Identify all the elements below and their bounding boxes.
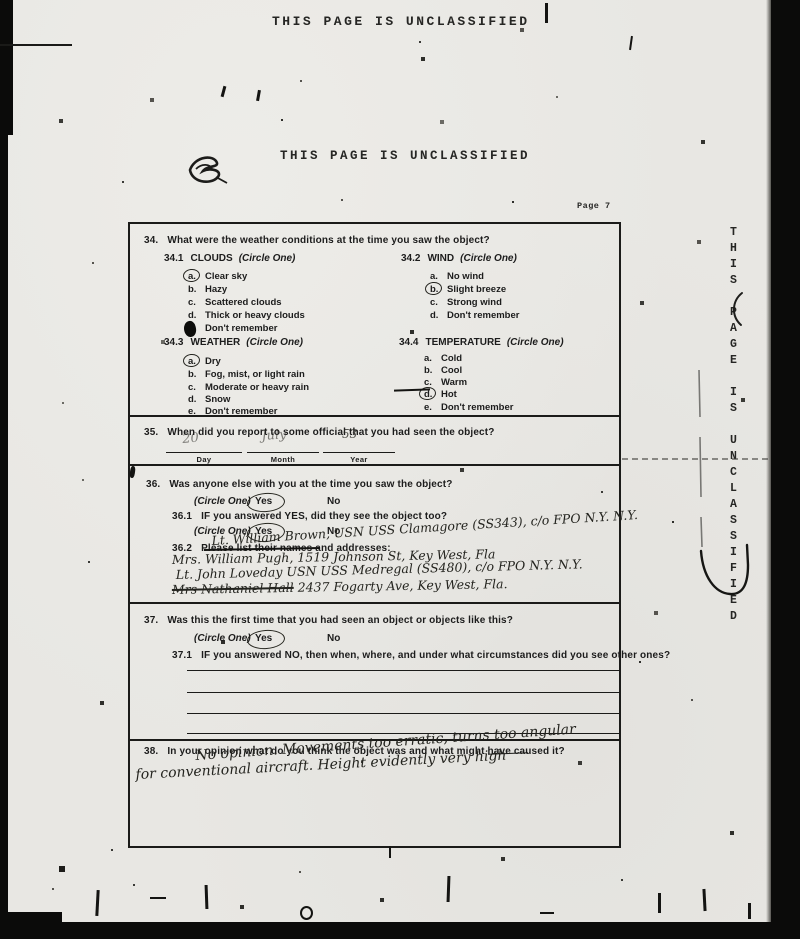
- option-weather-dont-remember: e.Don't remember: [188, 406, 277, 417]
- question-37-1: 37.1IF you answered NO, then when, where…: [172, 650, 670, 661]
- option-wind-dont-remember: d.Don't remember: [430, 310, 519, 321]
- answer-no-q36: No: [327, 496, 340, 507]
- month-label: Month: [247, 455, 319, 464]
- circled-answer-mark: b.: [430, 284, 447, 295]
- option-wind-slight-breeze: b.Slight breeze: [430, 284, 506, 295]
- circled-answer-mark: Yes: [255, 633, 272, 644]
- scan-tick: [389, 846, 391, 858]
- answer-blank-line: [187, 692, 620, 693]
- page-number: Page 7: [577, 201, 611, 211]
- question-37: 37.Was this the first time that you had …: [144, 615, 513, 626]
- circle-one-note: (Circle One): [246, 337, 303, 348]
- section-divider: [129, 464, 620, 466]
- question-37-1-number: 37.1: [172, 650, 192, 661]
- year-label: Year: [323, 455, 395, 464]
- question-36: 36.Was anyone else with you at the time …: [146, 479, 452, 490]
- answer-no-q37: No: [327, 633, 340, 644]
- month-blank-line: [247, 452, 319, 453]
- circle-one-note: (Circle One): [460, 253, 517, 264]
- scratch-artifact: [0, 44, 72, 46]
- section-divider: [129, 602, 620, 604]
- option-weather-snow: d.Snow: [188, 394, 230, 405]
- question-34-4-number: 34.4: [399, 337, 418, 348]
- classification-banner-top: THIS PAGE IS UNCLASSIFIED: [272, 14, 530, 29]
- option-temp-hot: d.Hot: [424, 389, 457, 400]
- question-34-1-heading: 34.1CLOUDS(Circle One): [164, 253, 295, 264]
- answer-yes-q36: Yes: [255, 496, 272, 507]
- classification-banner-mid: THIS PAGE IS UNCLASSIFIED: [280, 149, 530, 163]
- question-34-2-title: WIND: [427, 253, 454, 264]
- option-clouds-dont-remember: e.Don't remember: [188, 323, 277, 334]
- circled-answer-mark: a.: [188, 356, 205, 367]
- scan-tick: [540, 912, 554, 914]
- question-38-number: 38.: [144, 746, 158, 757]
- question-36-number: 36.: [146, 479, 160, 490]
- answer-blank-line: [187, 670, 620, 671]
- scan-tick: [629, 36, 633, 50]
- option-clouds-hazy: b.Hazy: [188, 284, 227, 295]
- question-34-number: 34.: [144, 235, 158, 246]
- answer-blank-line: [187, 713, 620, 714]
- handwritten-day: 20: [182, 431, 200, 447]
- option-weather-fog: b.Fog, mist, or light rain: [188, 369, 305, 380]
- circle-one-note: (Circle One): [194, 496, 251, 507]
- option-weather-rain: c.Moderate or heavy rain: [188, 382, 309, 393]
- scan-tick: [748, 903, 751, 919]
- question-34-1-number: 34.1: [164, 253, 183, 264]
- scanned-document-page: THIS PAGE IS UNCLASSIFIED THIS PAGE IS U…: [0, 0, 800, 939]
- scan-ring-mark: [300, 906, 313, 920]
- scan-edge-right: [771, 0, 800, 939]
- day-blank-line: [166, 452, 242, 453]
- handwritten-month: July: [261, 427, 287, 444]
- margin-bracket-artifact: [685, 285, 775, 615]
- circled-answer-mark: Yes: [255, 496, 272, 507]
- circle-one-note: (Circle One): [239, 253, 296, 264]
- scan-tick: [95, 890, 99, 916]
- option-temp-cold: a.Cold: [424, 353, 462, 364]
- question-34-3-heading: 34.3WEATHER(Circle One): [164, 337, 303, 348]
- option-temp-dont-remember: e.Don't remember: [424, 402, 513, 413]
- question-35-number: 35.: [144, 427, 158, 438]
- question-34-2-heading: 34.2WIND(Circle One): [401, 253, 517, 264]
- question-37-number: 37.: [144, 615, 158, 626]
- scan-tick: [150, 897, 166, 899]
- question-34-4-heading: 34.4TEMPERATURE(Circle One): [399, 337, 564, 348]
- question-34-text: What were the weather conditions at the …: [167, 235, 489, 246]
- scan-edge-bottom: [0, 922, 800, 939]
- option-clouds-thick: d.Thick or heavy clouds: [188, 310, 305, 321]
- answer-yes-q37: Yes: [255, 633, 272, 644]
- scan-tick: [256, 90, 261, 101]
- question-34-2-number: 34.2: [401, 253, 420, 264]
- option-temp-cool: b.Cool: [424, 365, 462, 376]
- question-35-text: When did you report to some official tha…: [167, 427, 494, 438]
- question-36-text: Was anyone else with you at the time you…: [169, 479, 452, 490]
- question-37-1-text: IF you answered NO, then when, where, an…: [201, 650, 670, 661]
- handwritten-year: 53: [342, 427, 357, 441]
- option-clouds-scattered: c.Scattered clouds: [188, 297, 282, 308]
- scan-tick: [545, 3, 548, 23]
- year-blank-line: [323, 452, 395, 453]
- question-37-text: Was this the first time that you had see…: [167, 615, 513, 626]
- question-34-3-title: WEATHER: [190, 337, 240, 348]
- question-34: 34.What were the weather conditions at t…: [144, 235, 490, 246]
- option-wind-none: a.No wind: [430, 271, 484, 282]
- option-wind-strong: c.Strong wind: [430, 297, 502, 308]
- scan-tick: [205, 885, 209, 909]
- scan-edge-left: [0, 0, 8, 939]
- question-36-1-number: 36.1: [172, 511, 192, 522]
- struck-through-name: Mrs Nathaniel Hall: [172, 580, 294, 597]
- dashed-artifact-line: [622, 458, 768, 460]
- question-34-4-title: TEMPERATURE: [425, 337, 500, 348]
- option-clouds-clear-sky: a.Clear sky: [188, 271, 247, 282]
- circled-answer-mark: d.: [424, 389, 441, 400]
- scan-tick: [658, 893, 661, 913]
- question-34-3-number: 34.3: [164, 337, 183, 348]
- ink-smudge: [182, 150, 234, 188]
- scan-tick: [221, 86, 227, 97]
- scan-edge-left-top: [0, 0, 13, 135]
- day-label: Day: [166, 455, 242, 464]
- option-weather-dry: a.Dry: [188, 356, 221, 367]
- scan-tick: [447, 876, 451, 902]
- circle-one-note: (Circle One): [194, 633, 251, 644]
- circle-one-note: (Circle One): [507, 337, 564, 348]
- question-34-1-title: CLOUDS: [190, 253, 232, 264]
- circled-answer-mark: a.: [188, 271, 205, 282]
- scan-tick: [702, 889, 706, 911]
